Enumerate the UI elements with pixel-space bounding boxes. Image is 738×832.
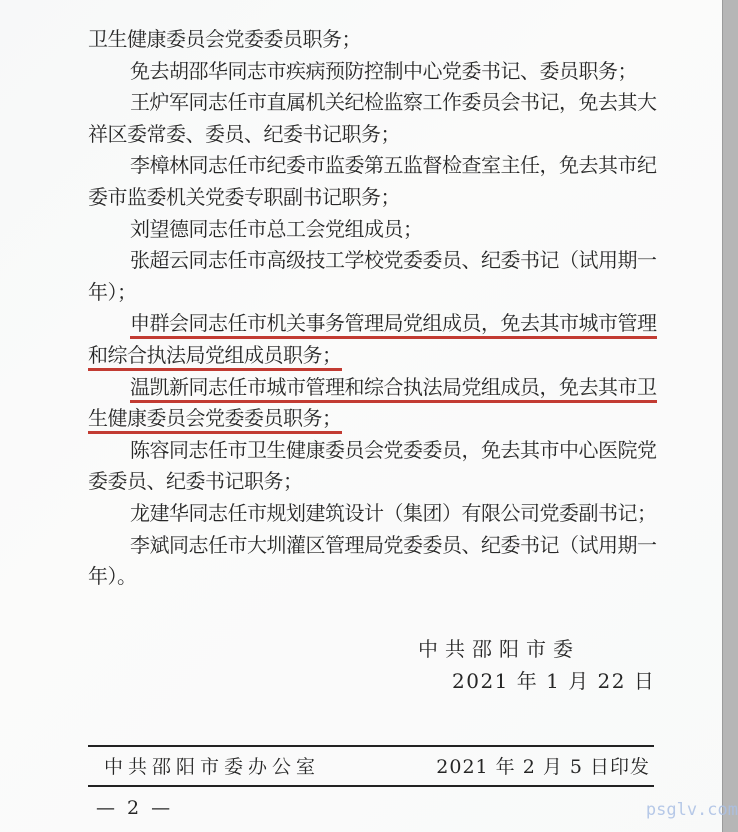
body-line: 卫生健康委员会党委委员职务； [88, 24, 654, 56]
red-underlined-text: 和综合执法局党组成员职务； [88, 343, 342, 371]
footer-issuer: 中共邵阳市委办公室 [88, 752, 320, 779]
body-line-text: 委委员、纪委书记职务； [88, 469, 303, 493]
footer-divider-bottom [88, 785, 654, 787]
body-line: 年）； [88, 277, 654, 309]
signature-date: 2021 年 1 月 22 日 [452, 665, 655, 694]
body-line: 王炉军同志任市直属机关纪检监察工作委员会书记，免去其大 [88, 87, 654, 119]
red-underlined-text: 生健康委员会党委委员职务； [88, 406, 342, 434]
body-line: 龙建华同志任市规划建筑设计（集团）有限公司党委副书记； [88, 498, 654, 530]
scan-page-edge [722, 0, 738, 832]
body-line-text: 王炉军同志任市直属机关纪检监察工作委员会书记，免去其大 [130, 90, 657, 114]
body-line: 年）。 [88, 561, 654, 593]
footer-print-date: 2021 年 2 月 5 日印发 [436, 752, 654, 779]
body-line: 张超云同志任市高级技工学校党委委员、纪委书记（试用期一 [88, 245, 654, 277]
body-line: 李樟林同志任市纪委市监委第五监督检查室主任，免去其市纪 [88, 150, 654, 182]
body-line: 生健康委员会党委委员职务； [88, 403, 654, 435]
footer-row: 中共邵阳市委办公室 2021 年 2 月 5 日印发 [88, 752, 654, 779]
body-line: 和综合执法局党组成员职务； [88, 340, 654, 372]
body-line: 陈容同志任市卫生健康委员会党委委员，免去其市中心医院党 [88, 435, 654, 467]
body-line-text: 李樟林同志任市纪委市监委第五监督检查室主任，免去其市纪 [130, 153, 657, 177]
body-line: 温凯新同志任市城市管理和综合执法局党组成员，免去其市卫 [88, 372, 654, 404]
body-line: 委委员、纪委书记职务； [88, 466, 654, 498]
body-line-text: 年）。 [88, 564, 137, 588]
body-line: 申群会同志任市机关事务管理局党组成员，免去其市城市管理 [88, 308, 654, 340]
body-line-text: 免去胡邵华同志市疾病预防控制中心党委书记、委员职务； [130, 59, 637, 83]
body-line-text: 年）； [88, 280, 137, 304]
body-line: 李斌同志任市大圳灌区管理局党委委员、纪委书记（试用期一 [88, 530, 654, 562]
body-line-text: 祥区委常委、委员、纪委书记职务； [88, 122, 400, 146]
body-line-text: 张超云同志任市高级技工学校党委委员、纪委书记（试用期一 [130, 248, 657, 272]
body-line: 祥区委常委、委员、纪委书记职务； [88, 119, 654, 151]
footer-divider-top [88, 745, 654, 747]
page-number: — 2 — [96, 797, 173, 819]
body-line-text: 龙建华同志任市规划建筑设计（集团）有限公司党委副书记； [130, 501, 657, 525]
scanned-document-page: 卫生健康委员会党委委员职务；免去胡邵华同志市疾病预防控制中心党委书记、委员职务；… [0, 0, 738, 832]
body-line-text: 李斌同志任市大圳灌区管理局党委委员、纪委书记（试用期一 [130, 533, 657, 557]
body-line-text: 委市监委机关党委专职副书记职务； [88, 185, 400, 209]
body-line-text: 陈容同志任市卫生健康委员会党委委员，免去其市中心医院党 [130, 438, 657, 462]
red-underlined-text: 申群会同志任市机关事务管理局党组成员，免去其市城市管理 [130, 311, 657, 339]
watermark-text: psglv.com [646, 800, 738, 820]
body-line: 免去胡邵华同志市疾病预防控制中心党委书记、委员职务； [88, 56, 654, 88]
body-line-text: 卫生健康委员会党委委员职务； [88, 27, 361, 51]
body-line-text: 刘望德同志任市总工会党组成员； [130, 217, 423, 241]
document-body: 卫生健康委员会党委委员职务；免去胡邵华同志市疾病预防控制中心党委书记、委员职务；… [88, 24, 654, 593]
red-underlined-text: 温凯新同志任市城市管理和综合执法局党组成员，免去其市卫 [130, 375, 657, 403]
body-line: 委市监委机关党委专职副书记职务； [88, 182, 654, 214]
body-line: 刘望德同志任市总工会党组成员； [88, 214, 654, 246]
signature-organization: 中共邵阳市委 [418, 633, 580, 662]
